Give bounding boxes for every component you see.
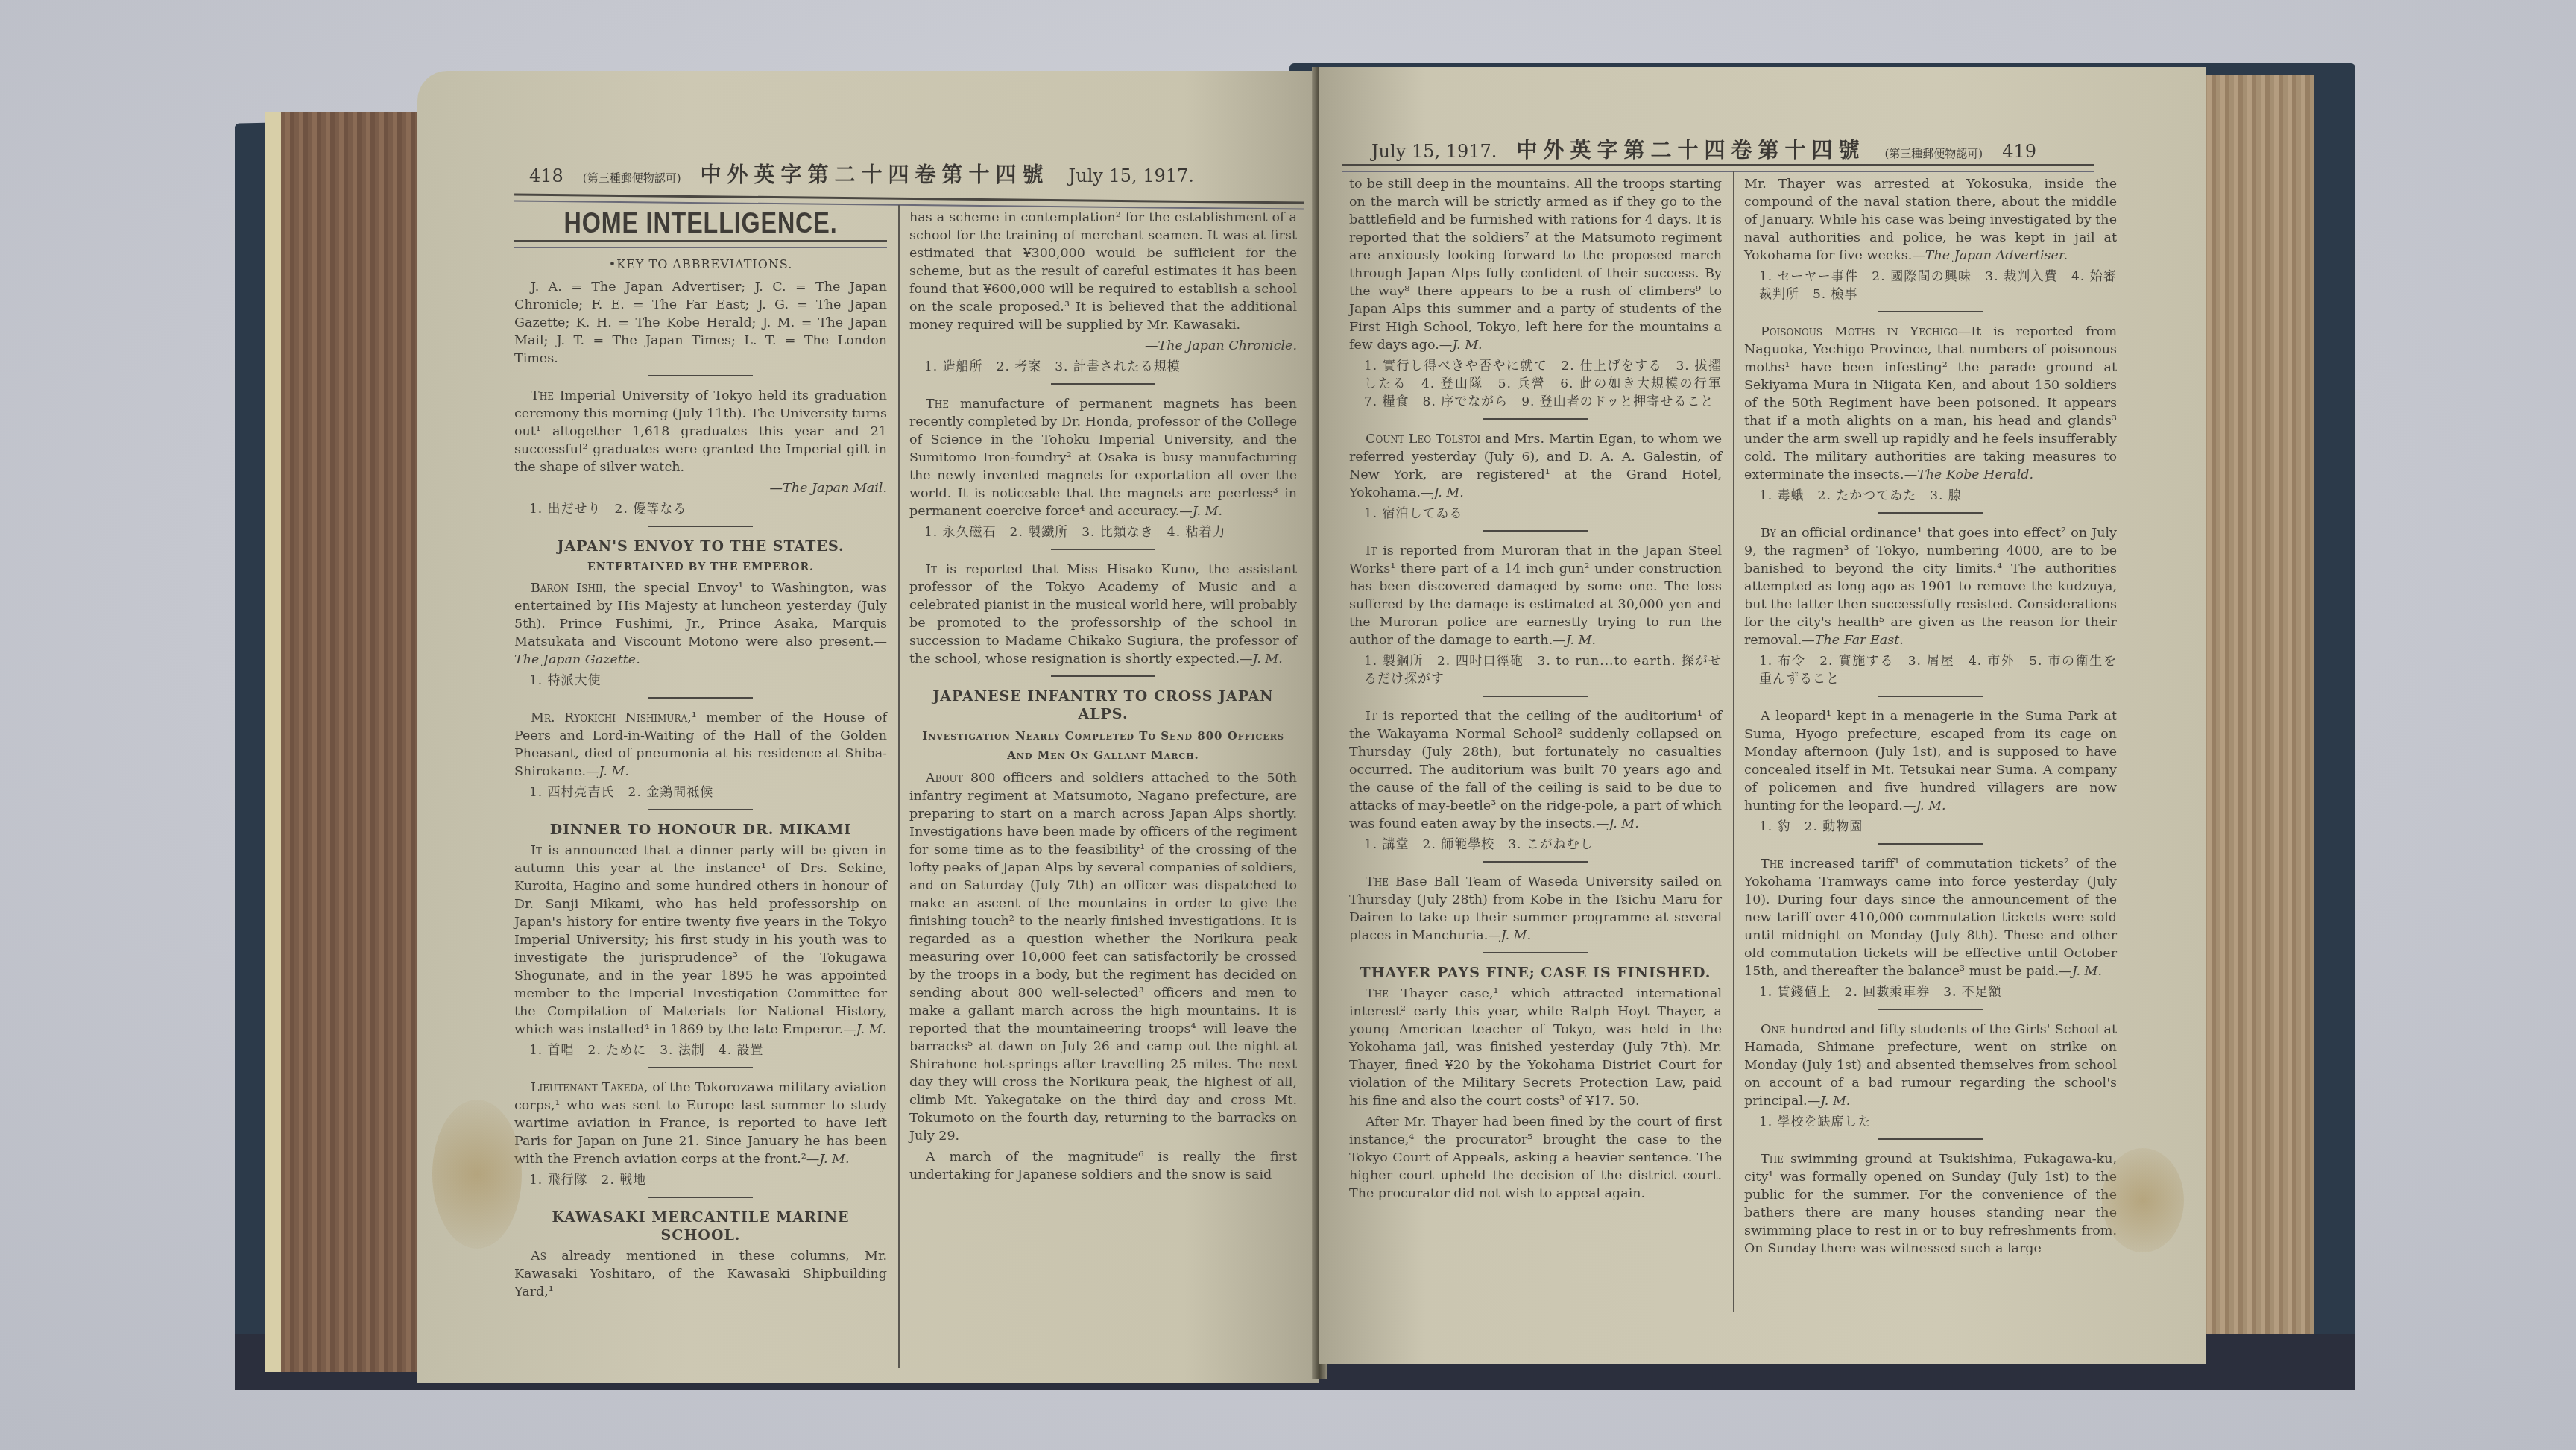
footnotes: 1. 毒蛾 2. たかつてゐた 3. 腺 (1759, 487, 2117, 505)
footnotes: 1. 講堂 2. 師範學校 3. こがねむし (1364, 836, 1722, 854)
separator (1878, 512, 1983, 514)
separator (1051, 675, 1155, 677)
section-title: HOME INTELLIGENCE. (543, 215, 859, 233)
article-thayer-arrest: Mr. Thayer was arrested at Yokosuka, ins… (1744, 175, 2117, 265)
separator (1051, 383, 1155, 385)
article-kuno: It is reported that Miss Hisako Kuno, th… (909, 561, 1297, 668)
article-source: —The Japan Chronicle. (909, 337, 1297, 355)
article-mikami: It is announced that a dinner party will… (514, 842, 887, 1038)
article-muroran: It is reported from Muroran that in the … (1349, 542, 1722, 649)
footnotes: 1. 出だせり 2. 優等なる (529, 500, 887, 518)
article-tramways: The increased tariff¹ of commutation tic… (1744, 855, 2117, 980)
separator (1483, 861, 1588, 863)
article-thayer-cont: After Mr. Thayer had been fined by the c… (1349, 1113, 1722, 1202)
left-column-2: has a scheme in contemplation² for the e… (909, 209, 1297, 1187)
footnotes: 1. 製鋼所 2. 四吋口徑砲 3. to run...to earth. 探が… (1364, 652, 1722, 688)
footnotes: 1. 賃錢値上 2. 回數乘車券 3. 不足額 (1759, 983, 2117, 1001)
separator (1483, 530, 1588, 532)
left-page-header: 418 (第三種郵便物認可) 中外英字第二十四卷第十四號 July 15, 19… (529, 159, 1194, 189)
article-magnets: The manufacture of permanent magnets has… (909, 395, 1297, 520)
article-alps: About 800 officers and soldiers attached… (909, 769, 1297, 1145)
article-thayer: The Thayer case,¹ which attracted intern… (1349, 985, 1722, 1110)
separator (1878, 1009, 1983, 1010)
age-stain (432, 1100, 522, 1249)
page-edges-left (265, 112, 434, 1372)
page-number: 419 (2002, 141, 2036, 162)
column-divider (1733, 171, 1734, 1312)
article-strike: One hundred and fifty students of the Gi… (1744, 1021, 2117, 1110)
article-ragmen: By an official ordinance¹ that goes into… (1744, 524, 2117, 649)
page-edges-right (2203, 75, 2314, 1334)
issue-date: July 15, 1917. (1069, 166, 1194, 186)
article-subheading: Investigation Nearly Completed To Send 8… (909, 726, 1297, 765)
article-swimming: The swimming ground at Tsukishima, Fukag… (1744, 1150, 2117, 1258)
column-divider (898, 205, 900, 1368)
age-stain (2102, 1148, 2184, 1252)
article-heading: THAYER PAYS FINE; CASE IS FINISHED. (1349, 964, 1722, 982)
separator (1483, 696, 1588, 697)
footnotes: 1. 豹 2. 動物園 (1759, 818, 2117, 836)
article-leopard: A leopard¹ kept in a menagerie in the Su… (1744, 707, 2117, 815)
header-rule (1342, 164, 2094, 172)
separator (1878, 696, 1983, 697)
article-heading: JAPAN'S ENVOY TO THE STATES. (514, 538, 887, 555)
separator (1483, 418, 1588, 420)
article-moths: Poisonous Moths in Yechigo—It is reporte… (1744, 323, 2117, 484)
right-column-1: to be still deep in the mountains. All t… (1349, 175, 1722, 1205)
page-number: 418 (529, 166, 563, 186)
article-wakayama: It is reported that the ceiling of the a… (1349, 707, 1722, 833)
postal-permit: (第三種郵便物認可) (1884, 145, 1983, 161)
footnotes: 1. 永久磁石 2. 製鐵所 3. 比類なき 4. 粘着力 (924, 523, 1297, 541)
separator (1051, 549, 1155, 550)
separator (648, 697, 753, 699)
publication-title: 中外英字第二十四卷第十四號 (1516, 134, 1865, 164)
separator (1878, 843, 1983, 845)
article-tolstoi: Count Leo Tolstoi and Mrs. Martin Egan, … (1349, 430, 1722, 502)
title-rule (514, 240, 887, 248)
footnotes: 1. 西村亮吉氏 2. 金鶏間祗候 (529, 784, 887, 801)
issue-date: July 15, 1917. (1371, 141, 1497, 162)
separator (648, 1197, 753, 1198)
footnotes: 1. 布令 2. 實施する 3. 屑屋 4. 市外 5. 市の衛生を重んずること (1759, 652, 2117, 688)
footnotes: 1. 特派大使 (529, 672, 887, 690)
footnotes: 1. 飛行隊 2. 戦地 (529, 1171, 887, 1189)
article-kawasaki: As already mentioned in these columns, M… (514, 1247, 887, 1301)
article-kawasaki-cont: has a scheme in contemplation² for the e… (909, 209, 1297, 334)
separator (1878, 311, 1983, 312)
article-source: —The Japan Mail. (514, 479, 887, 497)
left-page: 418 (第三種郵便物認可) 中外英字第二十四卷第十四號 July 15, 19… (417, 71, 1319, 1383)
separator (1878, 1138, 1983, 1140)
left-column-1: HOME INTELLIGENCE. •KEY TO ABBREVIATIONS… (514, 209, 887, 1304)
separator (648, 375, 753, 376)
article-heading: KAWASAKI MERCANTILE MARINE SCHOOL. (514, 1208, 887, 1244)
separator (648, 526, 753, 527)
key-text: J. A. = The Japan Advertiser; J. C. = Th… (514, 278, 887, 368)
footnotes: 1. セーヤー事件 2. 國際間の興味 3. 裁判入費 4. 始審裁判所 5. … (1759, 268, 2117, 303)
article-alps-end: to be still deep in the mountains. All t… (1349, 175, 1722, 354)
article-subheading: ENTERTAINED BY THE EMPEROR. (514, 558, 887, 576)
article-waseda: The Base Ball Team of Waseda University … (1349, 873, 1722, 945)
right-column-2: Mr. Thayer was arrested at Yokosuka, ins… (1744, 175, 2117, 1261)
right-page: July 15, 1917. 中外英字第二十四卷第十四號 (第三種郵便物認可) … (1319, 67, 2206, 1364)
footnotes: 1. 宿泊してゐる (1364, 505, 1722, 523)
separator (648, 1067, 753, 1068)
separator (1483, 952, 1588, 953)
right-page-header: July 15, 1917. 中外英字第二十四卷第十四號 (第三種郵便物認可) … (1371, 134, 2036, 164)
article-heading: JAPANESE INFANTRY TO CROSS JAPAN ALPS. (909, 687, 1297, 723)
article-nishimura: Mr. Ryokichi Nishimura,¹ member of the H… (514, 709, 887, 781)
article-alps-cont: A march of the magnitude⁶ is really the … (909, 1148, 1297, 1184)
publication-title: 中外英字第二十四卷第十四號 (701, 159, 1049, 189)
postal-permit: (第三種郵便物認可) (583, 170, 681, 186)
footnotes: 1. 造船所 2. 考案 3. 計畫されたる規模 (924, 358, 1297, 376)
footnotes: 1. 首唱 2. ために 3. 法制 4. 設置 (529, 1041, 887, 1059)
article-envoy: Baron Ishii, the special Envoy¹ to Washi… (514, 579, 887, 669)
footnotes: 1. 學校を缺席した (1759, 1113, 2117, 1131)
article-university: The Imperial University of Tokyo held it… (514, 387, 887, 476)
article-takeda: Lieutenant Takeda, of the Tokorozawa mil… (514, 1079, 887, 1168)
key-heading: •KEY TO ABBREVIATIONS. (514, 256, 887, 274)
footnotes: 1. 實行し得べきや否やに就て 2. 仕上げをする 3. 拔擢したる 4. 登山… (1364, 357, 1722, 411)
article-heading: DINNER TO HONOUR DR. MIKAMI (514, 821, 887, 839)
separator (648, 809, 753, 810)
